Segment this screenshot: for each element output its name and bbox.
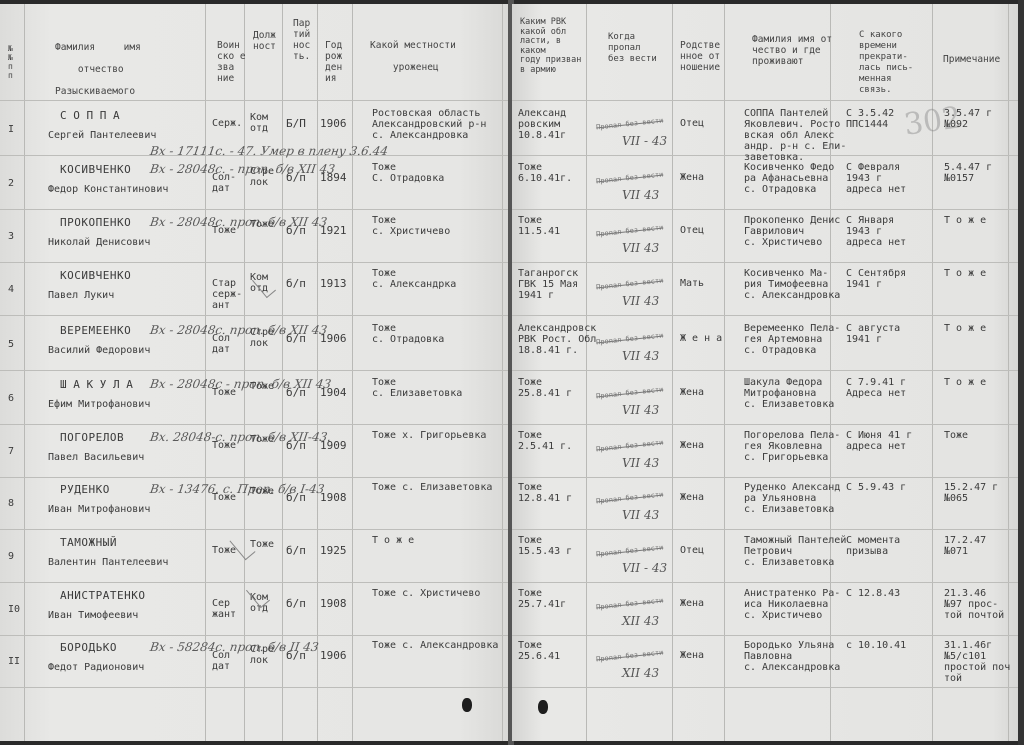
birth-year: 1921 [320,225,347,236]
row-number: 9 [8,551,14,562]
military-rank: Тоже [212,225,236,236]
header-relation: Родстве нное от ношение [680,40,720,73]
header-call-up: Каким РВК какой обл ласти, в каком году … [520,18,581,75]
birthplace: Тоже с. Отрадовка [372,323,444,345]
surname: ПОГОРЕЛОВ [60,432,124,443]
given-name-patronymic: Иван Митрофанович [48,504,150,515]
birth-year: 1906 [320,118,347,129]
note: Т о ж е [944,323,986,334]
lost-date-mark: VII 43 [622,349,659,363]
row-divider [512,370,1018,371]
birth-year: 1894 [320,172,347,183]
surname: ТАМОЖНЫЙ [60,537,117,548]
lost-date-mark: VII - 43 [622,134,667,148]
relation: Жена [680,440,704,451]
header-relative: Фамилия имя от чество и где проживают [752,34,832,67]
birthplace: Т о ж е [372,535,414,546]
call-up-info: Александровск РВК Рост. Обл 18.8.41 г. [518,323,596,356]
military-rank: Сол дат [212,650,230,672]
correspondence-since: С Июня 41 г адреса нет [846,430,912,452]
row-divider [512,529,1018,530]
row-divider [0,477,510,478]
missing-stamp: Пропал без вести [596,385,664,400]
given-name-patronymic: Павел Васильевич [48,452,144,463]
missing-stamp: Пропал без вести [596,331,664,346]
correspondence-since: С 7.9.41 г Адреса нет [846,377,906,399]
surname: КОСИВЧЕНКО [60,270,131,281]
header-birthplace: Какой местности уроженец [370,40,456,73]
relative-info: Шакула Федора Митрофановна с. Елизаветов… [744,377,834,410]
birthplace: Тоже с. Александрка [372,268,456,290]
party-status: б/п [286,225,306,236]
header-when-lost: Когда пропал без вести [608,32,657,65]
party-status: б/п [286,387,306,398]
missing-stamp: Пропал без вести [596,596,664,611]
birthplace: Тоже х. Григорьевка [372,430,486,441]
check-mark [252,273,276,298]
relative-info: Таможный Пантелей Петрович с. Елизаветов… [744,535,846,568]
position: Стре лок [250,166,274,188]
row-number: II [8,656,20,667]
military-rank: Тоже [212,440,236,451]
given-name-patronymic: Василий Федорович [48,345,150,356]
lost-date-mark: XII 43 [622,666,659,680]
relation: Жена [680,172,704,183]
correspondence-since: С 12.8.43 [846,588,900,599]
note: Т о ж е [944,268,986,279]
position: Тоже [250,486,274,497]
military-rank: Тоже [212,387,236,398]
call-up-info: Тоже 15.5.43 г [518,535,572,557]
missing-stamp: Пропал без вести [596,438,664,453]
party-status: б/п [286,172,306,183]
party-status: Б/П [286,118,306,129]
given-name-patronymic: Федор Константинович [48,184,168,195]
position: Тоже [250,381,274,392]
row-divider [512,209,1018,210]
header-name: Фамилия имя отчество Разыскиваемого [55,42,141,97]
relation: Отец [680,118,704,129]
binding-hole [462,698,472,712]
relation: Отец [680,545,704,556]
birth-year: 1904 [320,387,347,398]
party-status: б/п [286,492,306,503]
missing-stamp: Пропал без вести [596,170,664,185]
correspondence-since: С Января 1943 г адреса нет [846,215,906,248]
given-name-patronymic: Николай Денисович [48,237,150,248]
page-edge [1018,0,1024,745]
header-birth-year: Год рож ден ия [325,40,342,84]
surname: АНИСТРАТЕНКО [60,590,145,601]
given-name-patronymic: Сергей Пантелеевич [48,130,156,141]
surname: ВЕРЕМЕЕНКО [60,325,131,336]
missing-stamp: Пропал без вести [596,490,664,505]
lost-date-mark: VII 43 [622,508,659,522]
given-name-patronymic: Иван Тимофеевич [48,610,138,621]
military-rank: Сер жант [212,598,236,620]
given-name-patronymic: Ефим Митрофанович [48,399,150,410]
birthplace: Тоже с. Александровка [372,640,498,651]
military-rank: Тоже [212,545,236,556]
note: 15.2.47 г №065 [944,482,998,504]
correspondence-since: С 3.5.42 ППС1444 [846,108,894,130]
missing-stamp: Пропал без вести [596,543,664,558]
note: 3.5.47 г №092 [944,108,992,130]
row-number: I [8,124,14,135]
note: 17.2.47 №071 [944,535,986,557]
relation: Жена [680,650,704,661]
note: Тоже [944,430,968,441]
surname: Ш А К У Л А [60,379,133,390]
binding-hole [538,700,548,714]
birthplace: Тоже С. Отрадовка [372,162,444,184]
military-rank: Сол дат [212,333,230,355]
note: 5.4.47 г №0157 [944,162,992,184]
note: Т о ж е [944,377,986,388]
missing-stamp: Пропал без вести [596,116,664,131]
surname: КОСИВЧЕНКО [60,164,131,175]
row-number: I0 [8,604,20,615]
correspondence-since: С 5.9.43 г [846,482,906,493]
relation: Ж е н а [680,333,722,344]
birthplace: Тоже с. Елизаветовка [372,377,462,399]
relative-info: Погорелова Пела- гея Яковлевна с. Григор… [744,430,840,463]
row-divider [0,529,510,530]
birth-year: 1908 [320,492,347,503]
position: Тоже [250,434,274,445]
relation: Отец [680,225,704,236]
left-page: № № п п Фамилия имя отчество Разыскиваем… [0,4,510,741]
birth-year: 1908 [320,598,347,609]
call-up-info: Тоже 11.5.41 [518,215,560,237]
lost-date-mark: VII 43 [622,241,659,255]
handwritten-note: Вх - 28048с. - проп. б/в XII 43 [149,162,336,176]
missing-stamp: Пропал без вести [596,223,664,238]
call-up-info: Тоже 25.8.41 г [518,377,572,399]
given-name-patronymic: Федот Радионович [48,662,144,673]
row-divider [512,687,1018,688]
header-rank: Воин ско е зва ние [217,40,246,84]
header-num: № № п п [8,44,13,80]
note: Т о ж е [944,215,986,226]
relative-info: Косивченко Ма- рия Тимофеевна с. Алексан… [744,268,840,301]
row-divider [0,370,510,371]
party-status: б/п [286,545,306,556]
position: Тоже [250,539,274,550]
military-rank: Серж. [212,118,242,129]
row-divider [512,582,1018,583]
relative-info: Веремеенко Пела- гея Артемовна с. Отрадо… [744,323,840,356]
military-rank: Сол- дат [212,172,236,194]
header-position: Долж ност [253,30,276,52]
header-party: Пар тий нос ть. [293,18,310,62]
military-rank: Тоже [212,492,236,503]
row-number: 4 [8,284,14,295]
row-number: 7 [8,446,14,457]
row-number: 2 [8,178,14,189]
birth-year: 1909 [320,440,347,451]
relative-info: Прокопенко Денис Гаврилович с. Христичев… [744,215,840,248]
birthplace: Тоже с. Христичево [372,215,450,237]
birthplace: Тоже с. Елизаветовка [372,482,492,493]
lost-date-mark: VII 43 [622,294,659,308]
row-number: 3 [8,231,14,242]
relation: Жена [680,387,704,398]
lost-date-mark: VII 43 [622,188,659,202]
row-divider [512,424,1018,425]
military-rank: Стар серж- ант [212,278,242,311]
correspondence-since: С момента призыва [846,535,900,557]
row-divider [512,635,1018,636]
note: 21.3.46 №97 прос- той почтой [944,588,1004,621]
correspondence-since: с 10.10.41 [846,640,906,651]
lost-date-mark: XII 43 [622,614,659,628]
call-up-info: Таганрогск ГВК 15 Мая 1941 г [518,268,578,301]
relative-info: Анистратенко Ра- иса Николаевна с. Христ… [744,588,840,621]
relative-info: Руденко Александ ра Ульяновна с. Елизаве… [744,482,840,515]
party-status: б/п [286,333,306,344]
call-up-info: Тоже 2.5.41 г. [518,430,572,452]
birth-year: 1906 [320,333,347,344]
row-divider [0,424,510,425]
row-divider [0,315,510,316]
position: Стре лок [250,644,274,666]
position: Стре лок [250,327,274,349]
row-divider [0,635,510,636]
surname: РУДЕНКО [60,484,110,495]
row-number: 8 [8,498,14,509]
note: 31.1.46г №5/с101 простой поч той [944,640,1010,684]
surname: ПРОКОПЕНКО [60,217,131,228]
party-status: б/п [286,650,306,661]
row-divider [512,100,1018,101]
relation: Жена [680,598,704,609]
header-note: Примечание [943,54,1000,65]
check-mark [229,533,255,561]
row-number: 5 [8,339,14,350]
birthplace: Ростовская область Александровский р-н с… [372,108,486,141]
correspondence-since: С августа 1941 г [846,323,900,345]
birth-year: 1925 [320,545,347,556]
header-since: С какого времени прекрати- лась пись- ме… [859,30,913,96]
row-divider [512,262,1018,263]
party-status: б/п [286,598,306,609]
correspondence-since: С Сентября 1941 г [846,268,906,290]
lost-date-mark: VII 43 [622,456,659,470]
row-divider [512,315,1018,316]
relation: Мать [680,278,704,289]
party-status: б/п [286,440,306,451]
relative-info: СОППА Пантелей Яковлевич. Росто вская об… [744,108,846,163]
row-divider [0,687,510,688]
position: Тоже [250,219,274,230]
birthplace: Тоже с. Христичево [372,588,480,599]
row-divider [512,477,1018,478]
missing-stamp: Пропал без вести [596,276,664,291]
lost-date-mark: VII - 43 [622,561,667,575]
position: Ком отд [250,112,268,134]
right-page: Каким РВК какой обл ласти, в каком году … [512,4,1018,741]
relative-info: Косивченко Федо ра Афанасьевна с. Отрадо… [744,162,834,195]
row-divider [0,209,510,210]
given-name-patronymic: Павел Лукич [48,290,114,301]
surname: С О П П А [60,110,120,121]
birth-year: 1913 [320,278,347,289]
handwritten-note: Вх - 17111с. - 47. Умер в плену 3.6.44 [149,144,389,158]
correspondence-since: С Февраля 1943 г адреса нет [846,162,906,195]
call-up-info: Александ ровским 10.8.41г [518,108,566,141]
missing-stamp: Пропал без вести [596,648,664,663]
birth-year: 1906 [320,650,347,661]
call-up-info: Тоже 12.8.41 г [518,482,572,504]
row-divider [0,262,510,263]
relative-info: Бородько Ульяна Павловна с. Александровк… [744,640,840,673]
surname: БОРОДЬКО [60,642,117,653]
row-divider [0,100,510,101]
party-status: б/п [286,278,306,289]
row-number: 6 [8,393,14,404]
relation: Жена [680,492,704,503]
lost-date-mark: VII 43 [622,403,659,417]
call-up-info: Тоже 6.10.41г. [518,162,572,184]
given-name-patronymic: Валентин Пантелеевич [48,557,168,568]
call-up-info: Тоже 25.7.41г [518,588,566,610]
call-up-info: Тоже 25.6.41 [518,640,560,662]
